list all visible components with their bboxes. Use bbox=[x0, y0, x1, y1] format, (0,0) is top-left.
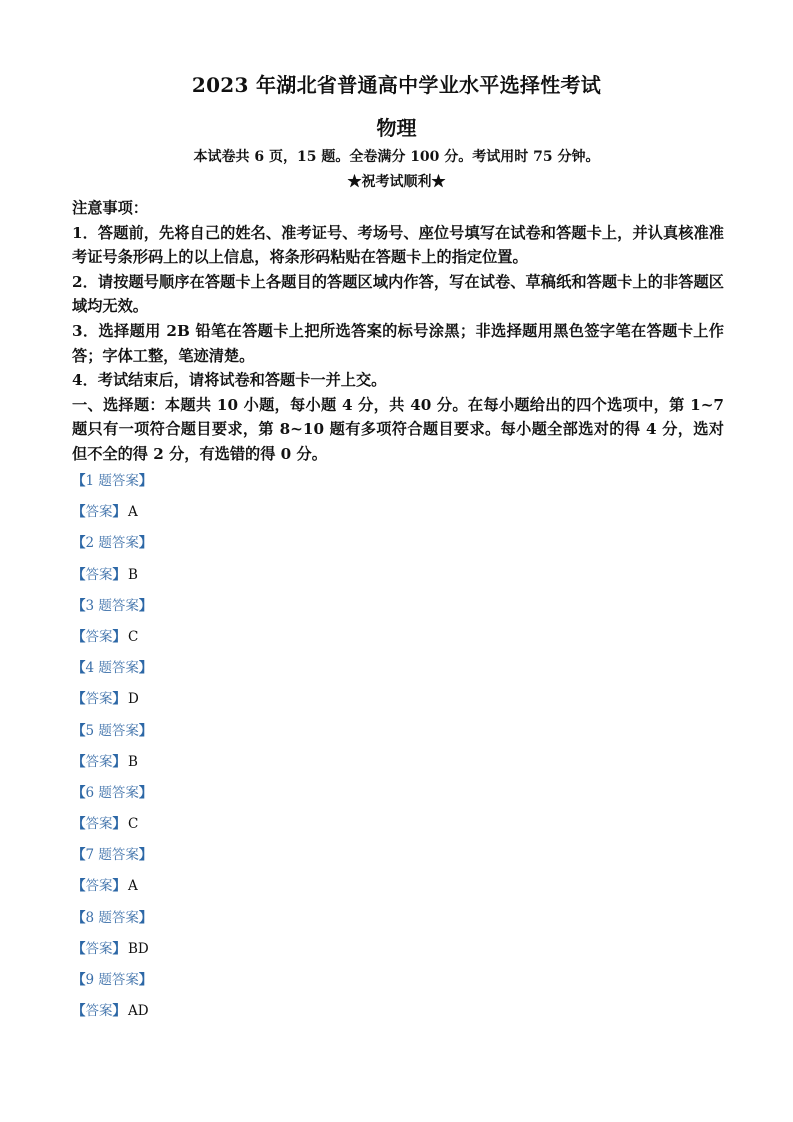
answer-heading: 【3 题答案】 bbox=[72, 595, 472, 626]
good-luck-line: ★祝考试顺利★ bbox=[0, 171, 793, 191]
bracket-close: 】 bbox=[139, 598, 153, 614]
subject-title: 物理 bbox=[0, 112, 793, 141]
bracket-close: 】 bbox=[139, 785, 153, 801]
bracket-open: 【 bbox=[72, 910, 86, 926]
bracket-open: 【 bbox=[72, 660, 86, 676]
answer-value: D bbox=[128, 691, 139, 707]
answer-heading: 【5 题答案】 bbox=[72, 720, 472, 751]
answer-list: 【1 题答案】 【答案】A 【2 题答案】 【答案】B 【3 题答案】 【答案】… bbox=[72, 470, 472, 1031]
answer-heading: 【9 题答案】 bbox=[72, 969, 472, 1000]
answer-heading-label: 4 题答案 bbox=[86, 660, 139, 676]
answer-value: B bbox=[128, 754, 138, 770]
answer-label: 答案 bbox=[86, 941, 113, 957]
answer-label: 答案 bbox=[86, 629, 113, 645]
notes-heading: 注意事项： bbox=[72, 196, 724, 221]
bracket-close: 】 bbox=[113, 567, 127, 583]
bracket-open: 【 bbox=[72, 473, 86, 489]
bracket-open: 【 bbox=[72, 816, 86, 832]
bracket-open: 【 bbox=[72, 941, 86, 957]
bracket-open: 【 bbox=[72, 785, 86, 801]
answer-heading-label: 5 题答案 bbox=[86, 723, 139, 739]
bracket-close: 】 bbox=[113, 816, 127, 832]
answer-value: C bbox=[128, 816, 138, 832]
answer-value-row: 【答案】A bbox=[72, 875, 472, 906]
answer-value: C bbox=[128, 629, 138, 645]
exam-info: 本试卷共 6 页，15 题。全卷满分 100 分。考试用时 75 分钟。 bbox=[0, 146, 793, 166]
note-item-2: 2．请按题号顺序在答题卡上各题目的答题区域内作答，写在试卷、草稿纸和答题卡上的非… bbox=[72, 270, 724, 319]
bracket-open: 【 bbox=[72, 723, 86, 739]
answer-heading: 【1 题答案】 bbox=[72, 470, 472, 501]
answer-heading-label: 1 题答案 bbox=[86, 473, 139, 489]
bracket-close: 】 bbox=[113, 941, 127, 957]
answer-heading-label: 8 题答案 bbox=[86, 910, 139, 926]
instructions-block: 注意事项： 1．答题前，先将自己的姓名、准考证号、考场号、座位号填写在试卷和答题… bbox=[72, 196, 724, 467]
section-1-intro: 一、选择题：本题共 10 小题，每小题 4 分，共 40 分。在每小题给出的四个… bbox=[72, 393, 724, 467]
bracket-close: 】 bbox=[139, 972, 153, 988]
bracket-open: 【 bbox=[72, 691, 86, 707]
bracket-open: 【 bbox=[72, 504, 86, 520]
answer-label: 答案 bbox=[86, 504, 113, 520]
answer-heading: 【7 题答案】 bbox=[72, 844, 472, 875]
note-item-3: 3．选择题用 2B 铅笔在答题卡上把所选答案的标号涂黑；非选择题用黑色签字笔在答… bbox=[72, 319, 724, 368]
bracket-open: 【 bbox=[72, 754, 86, 770]
answer-label: 答案 bbox=[86, 1003, 113, 1019]
answer-value-row: 【答案】B bbox=[72, 564, 472, 595]
answer-label: 答案 bbox=[86, 878, 113, 894]
answer-value-row: 【答案】AD bbox=[72, 1000, 472, 1031]
answer-heading: 【2 题答案】 bbox=[72, 532, 472, 563]
answer-value: BD bbox=[128, 941, 149, 957]
bracket-close: 】 bbox=[139, 847, 153, 863]
answer-value-row: 【答案】A bbox=[72, 501, 472, 532]
exam-page: 2023 年湖北省普通高中学业水平选择性考试 物理 本试卷共 6 页，15 题。… bbox=[0, 0, 793, 1122]
answer-value: A bbox=[128, 504, 138, 520]
bracket-close: 】 bbox=[139, 723, 153, 739]
bracket-open: 【 bbox=[72, 598, 86, 614]
answer-heading-label: 9 题答案 bbox=[86, 972, 139, 988]
bracket-close: 】 bbox=[113, 629, 127, 645]
answer-value-row: 【答案】B bbox=[72, 751, 472, 782]
note-item-1: 1．答题前，先将自己的姓名、准考证号、考场号、座位号填写在试卷和答题卡上，并认真… bbox=[72, 221, 724, 270]
bracket-open: 【 bbox=[72, 629, 86, 645]
answer-label: 答案 bbox=[86, 754, 113, 770]
bracket-close: 】 bbox=[113, 754, 127, 770]
answer-label: 答案 bbox=[86, 567, 113, 583]
bracket-close: 】 bbox=[139, 473, 153, 489]
answer-value: B bbox=[128, 567, 138, 583]
bracket-close: 】 bbox=[139, 910, 153, 926]
answer-heading-label: 6 题答案 bbox=[86, 785, 139, 801]
answer-heading-label: 7 题答案 bbox=[86, 847, 139, 863]
answer-value-row: 【答案】BD bbox=[72, 938, 472, 969]
bracket-close: 】 bbox=[139, 660, 153, 676]
answer-value: AD bbox=[128, 1003, 149, 1019]
answer-heading: 【6 题答案】 bbox=[72, 782, 472, 813]
bracket-open: 【 bbox=[72, 878, 86, 894]
answer-value-row: 【答案】D bbox=[72, 688, 472, 719]
answer-heading: 【8 题答案】 bbox=[72, 907, 472, 938]
bracket-close: 】 bbox=[113, 1003, 127, 1019]
answer-label: 答案 bbox=[86, 816, 113, 832]
exam-title: 2023 年湖北省普通高中学业水平选择性考试 bbox=[0, 69, 793, 98]
bracket-open: 【 bbox=[72, 567, 86, 583]
bracket-open: 【 bbox=[72, 535, 86, 551]
answer-value: A bbox=[128, 878, 138, 894]
bracket-close: 】 bbox=[113, 691, 127, 707]
answer-value-row: 【答案】C bbox=[72, 813, 472, 844]
note-item-4: 4．考试结束后，请将试卷和答题卡一并上交。 bbox=[72, 368, 724, 393]
answer-heading-label: 2 题答案 bbox=[86, 535, 139, 551]
bracket-close: 】 bbox=[113, 878, 127, 894]
answer-label: 答案 bbox=[86, 691, 113, 707]
bracket-close: 】 bbox=[113, 504, 127, 520]
bracket-close: 】 bbox=[139, 535, 153, 551]
bracket-open: 【 bbox=[72, 972, 86, 988]
answer-heading-label: 3 题答案 bbox=[86, 598, 139, 614]
answer-value-row: 【答案】C bbox=[72, 626, 472, 657]
bracket-open: 【 bbox=[72, 847, 86, 863]
answer-heading: 【4 题答案】 bbox=[72, 657, 472, 688]
bracket-open: 【 bbox=[72, 1003, 86, 1019]
